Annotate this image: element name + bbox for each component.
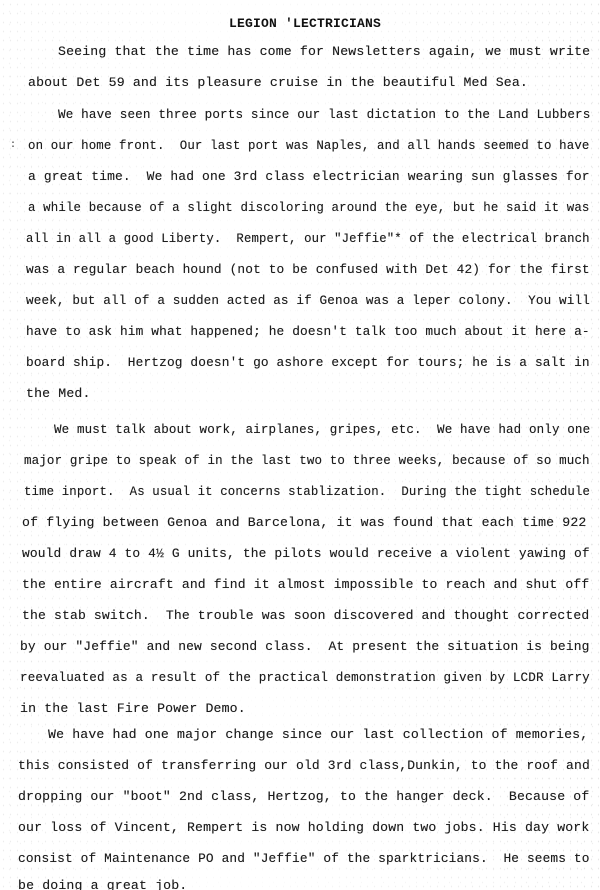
text-line: week, but all of a sudden acted as if Ge… xyxy=(26,293,590,308)
text-line: a while because of a slight discoloring … xyxy=(28,200,590,215)
text-line: the stab switch. The trouble was soon di… xyxy=(22,608,589,623)
text-line: would draw 4 to 4½ G units, the pilots w… xyxy=(22,546,590,561)
text-line: the Med. xyxy=(26,386,91,401)
text-line: We have seen three ports since our last … xyxy=(58,107,590,122)
text-line: was a regular beach hound (not to be con… xyxy=(26,262,590,277)
text-line: reevaluated as a result of the practical… xyxy=(20,670,590,685)
text-line: Seeing that the time has come for Newsle… xyxy=(58,44,590,59)
text-line: major gripe to speak of in the last two … xyxy=(24,453,590,468)
text-line: all in all a good Liberty. Rempert, our … xyxy=(26,231,590,246)
text-line: time inport. As usual it concerns stabli… xyxy=(24,484,590,499)
text-line: this consisted of transferring our old 3… xyxy=(18,758,590,773)
text-line: our loss of Vincent, Rempert is now hold… xyxy=(18,820,589,835)
margin-mark: : xyxy=(10,140,16,151)
text-line: consist of Maintenance PO and "Jeffie" o… xyxy=(18,851,590,866)
paper-noise xyxy=(0,0,600,890)
text-line: of flying between Genoa and Barcelona, i… xyxy=(22,515,586,530)
text-line: the entire aircraft and find it almost i… xyxy=(22,577,589,592)
document-page: LEGION 'LECTRICIANS : Seeing that the ti… xyxy=(0,0,600,890)
text-line: have to ask him what happened; he doesn'… xyxy=(26,324,590,339)
text-line: about Det 59 and its pleasure cruise in … xyxy=(28,75,528,90)
text-line: dropping our "boot" 2nd class, Hertzog, … xyxy=(18,789,589,804)
text-line: on our home front. Our last port was Nap… xyxy=(28,138,590,153)
text-line: by our "Jeffie" and new second class. At… xyxy=(20,639,590,654)
text-line: in the last Fire Power Demo. xyxy=(20,701,246,716)
text-line: a great time. We had one 3rd class elect… xyxy=(28,169,590,184)
document-title: LEGION 'LECTRICIANS xyxy=(0,16,600,31)
text-line: be doing a great job. xyxy=(18,878,187,890)
text-line: We must talk about work, airplanes, grip… xyxy=(54,422,590,437)
text-line: board ship. Hertzog doesn't go ashore ex… xyxy=(26,355,590,370)
text-line: We have had one major change since our l… xyxy=(48,727,588,742)
